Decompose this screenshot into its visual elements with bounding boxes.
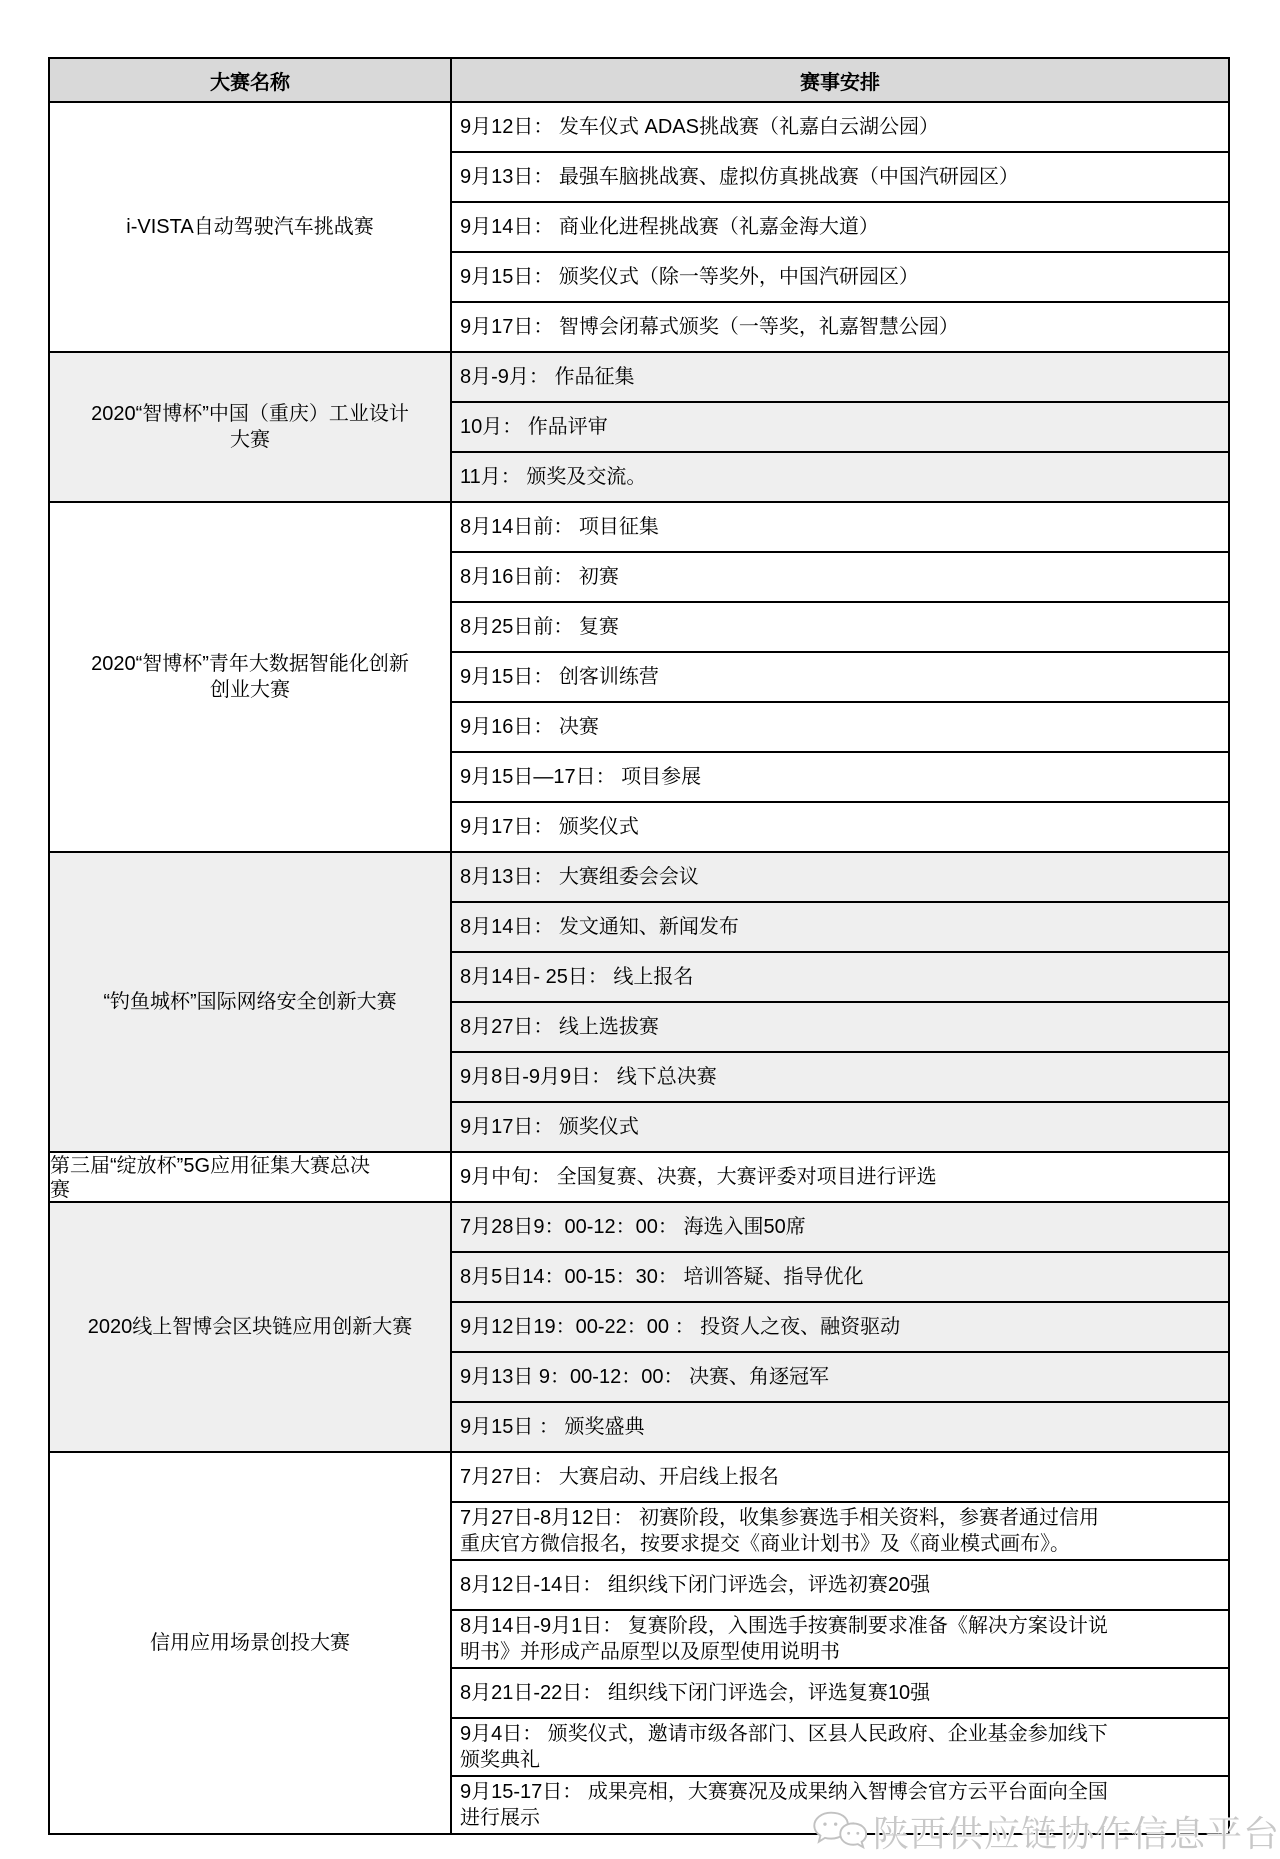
schedule-cell: 8月13日： 大赛组委会会议: [451, 852, 1229, 902]
schedule-cell: 9月中旬： 全国复赛、决赛，大赛评委对项目进行评选: [451, 1152, 1229, 1202]
schedule-cell: 9月17日： 智博会闭幕式颁奖（一等奖，礼嘉智慧公园）: [451, 302, 1229, 352]
competition-name: 2020“智博杯”青年大数据智能化创新 创业大赛: [55, 651, 445, 703]
page: 大赛名称 赛事安排 i-VISTA自动驾驶汽车挑战赛9月12日： 发车仪式 AD…: [0, 0, 1280, 1859]
schedule-cell: 8月14日： 发文通知、新闻发布: [451, 902, 1229, 952]
schedule-cell: 9月13日： 最强车脑挑战赛、虚拟仿真挑战赛（中国汽研园区）: [451, 152, 1229, 202]
competition-name: 2020“智博杯”中国（重庆）工业设计 大赛: [55, 401, 445, 453]
schedule-cell: 9月16日： 决赛: [451, 702, 1229, 752]
header-competition-name: 大赛名称: [49, 58, 451, 102]
competition-name-cell: 第三届“绽放杯”5G应用征集大赛总决 赛: [49, 1152, 451, 1202]
competition-name-cell: 2020线上智博会区块链应用创新大赛: [49, 1202, 451, 1452]
schedule-cell: 10月： 作品评审: [451, 402, 1229, 452]
schedule-cell: 9月4日： 颁奖仪式，邀请市级各部门、区县人民政府、企业基金参加线下 颁奖典礼: [451, 1718, 1229, 1776]
schedule-cell: 8月14日- 25日： 线上报名: [451, 952, 1229, 1002]
schedule-cell: 9月14日： 商业化进程挑战赛（礼嘉金海大道）: [451, 202, 1229, 252]
competition-name: “钓鱼城杯”国际网络安全创新大赛: [55, 989, 445, 1015]
competition-name-cell: i-VISTA自动驾驶汽车挑战赛: [49, 102, 451, 352]
competition-name: i-VISTA自动驾驶汽车挑战赛: [55, 214, 445, 240]
schedule-cell: 9月15日—17日： 项目参展: [451, 752, 1229, 802]
schedule-cell: 7月27日： 大赛启动、开启线上报名: [451, 1452, 1229, 1502]
competition-name-cell: 2020“智博杯”青年大数据智能化创新 创业大赛: [49, 502, 451, 852]
schedule-cell: 8月16日前： 初赛: [451, 552, 1229, 602]
schedule-cell: 7月27日-8月12日： 初赛阶段，收集参赛选手相关资料，参赛者通过信用 重庆官…: [451, 1502, 1229, 1560]
schedule-cell: 7月28日9：00-12：00： 海选入围50席: [451, 1202, 1229, 1252]
schedule-cell: 8月-9月： 作品征集: [451, 352, 1229, 402]
schedule-cell: 9月15-17日： 成果亮相，大赛赛况及成果纳入智博会官方云平台面向全国 进行展…: [451, 1776, 1229, 1834]
competition-name-cell: 2020“智博杯”中国（重庆）工业设计 大赛: [49, 352, 451, 502]
schedule-cell: 9月12日： 发车仪式 ADAS挑战赛（礼嘉白云湖公园）: [451, 102, 1229, 152]
table-row: 2020“智博杯”中国（重庆）工业设计 大赛8月-9月： 作品征集: [49, 352, 1229, 402]
table-row: 2020“智博杯”青年大数据智能化创新 创业大赛8月14日前： 项目征集: [49, 502, 1229, 552]
table-row: 信用应用场景创投大赛 7月27日： 大赛启动、开启线上报名: [49, 1452, 1229, 1502]
competition-name: 第三届“绽放杯”5G应用征集大赛总决 赛: [50, 1154, 450, 1198]
table-row: 第三届“绽放杯”5G应用征集大赛总决 赛9月中旬： 全国复赛、决赛，大赛评委对项…: [49, 1152, 1229, 1202]
schedule-cell: 8月27日： 线上选拔赛: [451, 1002, 1229, 1052]
schedule-cell: 9月17日： 颁奖仪式: [451, 802, 1229, 852]
schedule-cell: 8月5日14：00-15：30： 培训答疑、指导优化: [451, 1252, 1229, 1302]
competition-name-cell: 信用应用场景创投大赛: [49, 1452, 451, 1834]
schedule-cell: 8月12日-14日： 组织线下闭门评选会，评选初赛20强: [451, 1560, 1229, 1610]
schedule-cell: 11月： 颁奖及交流。: [451, 452, 1229, 502]
table-row: i-VISTA自动驾驶汽车挑战赛9月12日： 发车仪式 ADAS挑战赛（礼嘉白云…: [49, 102, 1229, 152]
competition-name: 信用应用场景创投大赛: [55, 1630, 445, 1656]
schedule-cell: 8月14日前： 项目征集: [451, 502, 1229, 552]
schedule-cell: 9月8日-9月9日： 线下总决赛: [451, 1052, 1229, 1102]
schedule-cell: 9月13日 9：00-12：00： 决赛、角逐冠军: [451, 1352, 1229, 1402]
schedule-table-body: i-VISTA自动驾驶汽车挑战赛9月12日： 发车仪式 ADAS挑战赛（礼嘉白云…: [49, 102, 1229, 1834]
schedule-cell: 9月15日： 创客训练营: [451, 652, 1229, 702]
schedule-cell: 9月12日19：00-22：00 ： 投资人之夜、融资驱动: [451, 1302, 1229, 1352]
schedule-cell: 9月15日 ： 颁奖盛典: [451, 1402, 1229, 1452]
table-row: 2020线上智博会区块链应用创新大赛7月28日9：00-12：00： 海选入围5…: [49, 1202, 1229, 1252]
table-header-row: 大赛名称 赛事安排: [49, 58, 1229, 102]
competition-name: 2020线上智博会区块链应用创新大赛: [55, 1314, 445, 1340]
schedule-cell: 8月25日前： 复赛: [451, 602, 1229, 652]
schedule-cell: 8月14日-9月1日： 复赛阶段，入围选手按赛制要求准备《解决方案设计说 明书》…: [451, 1610, 1229, 1668]
header-schedule: 赛事安排: [451, 58, 1229, 102]
table-row: “钓鱼城杯”国际网络安全创新大赛8月13日： 大赛组委会会议: [49, 852, 1229, 902]
schedule-cell: 8月21日-22日： 组织线下闭门评选会，评选复赛10强: [451, 1668, 1229, 1718]
schedule-table: 大赛名称 赛事安排 i-VISTA自动驾驶汽车挑战赛9月12日： 发车仪式 AD…: [48, 57, 1230, 1835]
schedule-cell: 9月17日： 颁奖仪式: [451, 1102, 1229, 1152]
competition-name-cell: “钓鱼城杯”国际网络安全创新大赛: [49, 852, 451, 1152]
schedule-cell: 9月15日： 颁奖仪式（除一等奖外，中国汽研园区）: [451, 252, 1229, 302]
